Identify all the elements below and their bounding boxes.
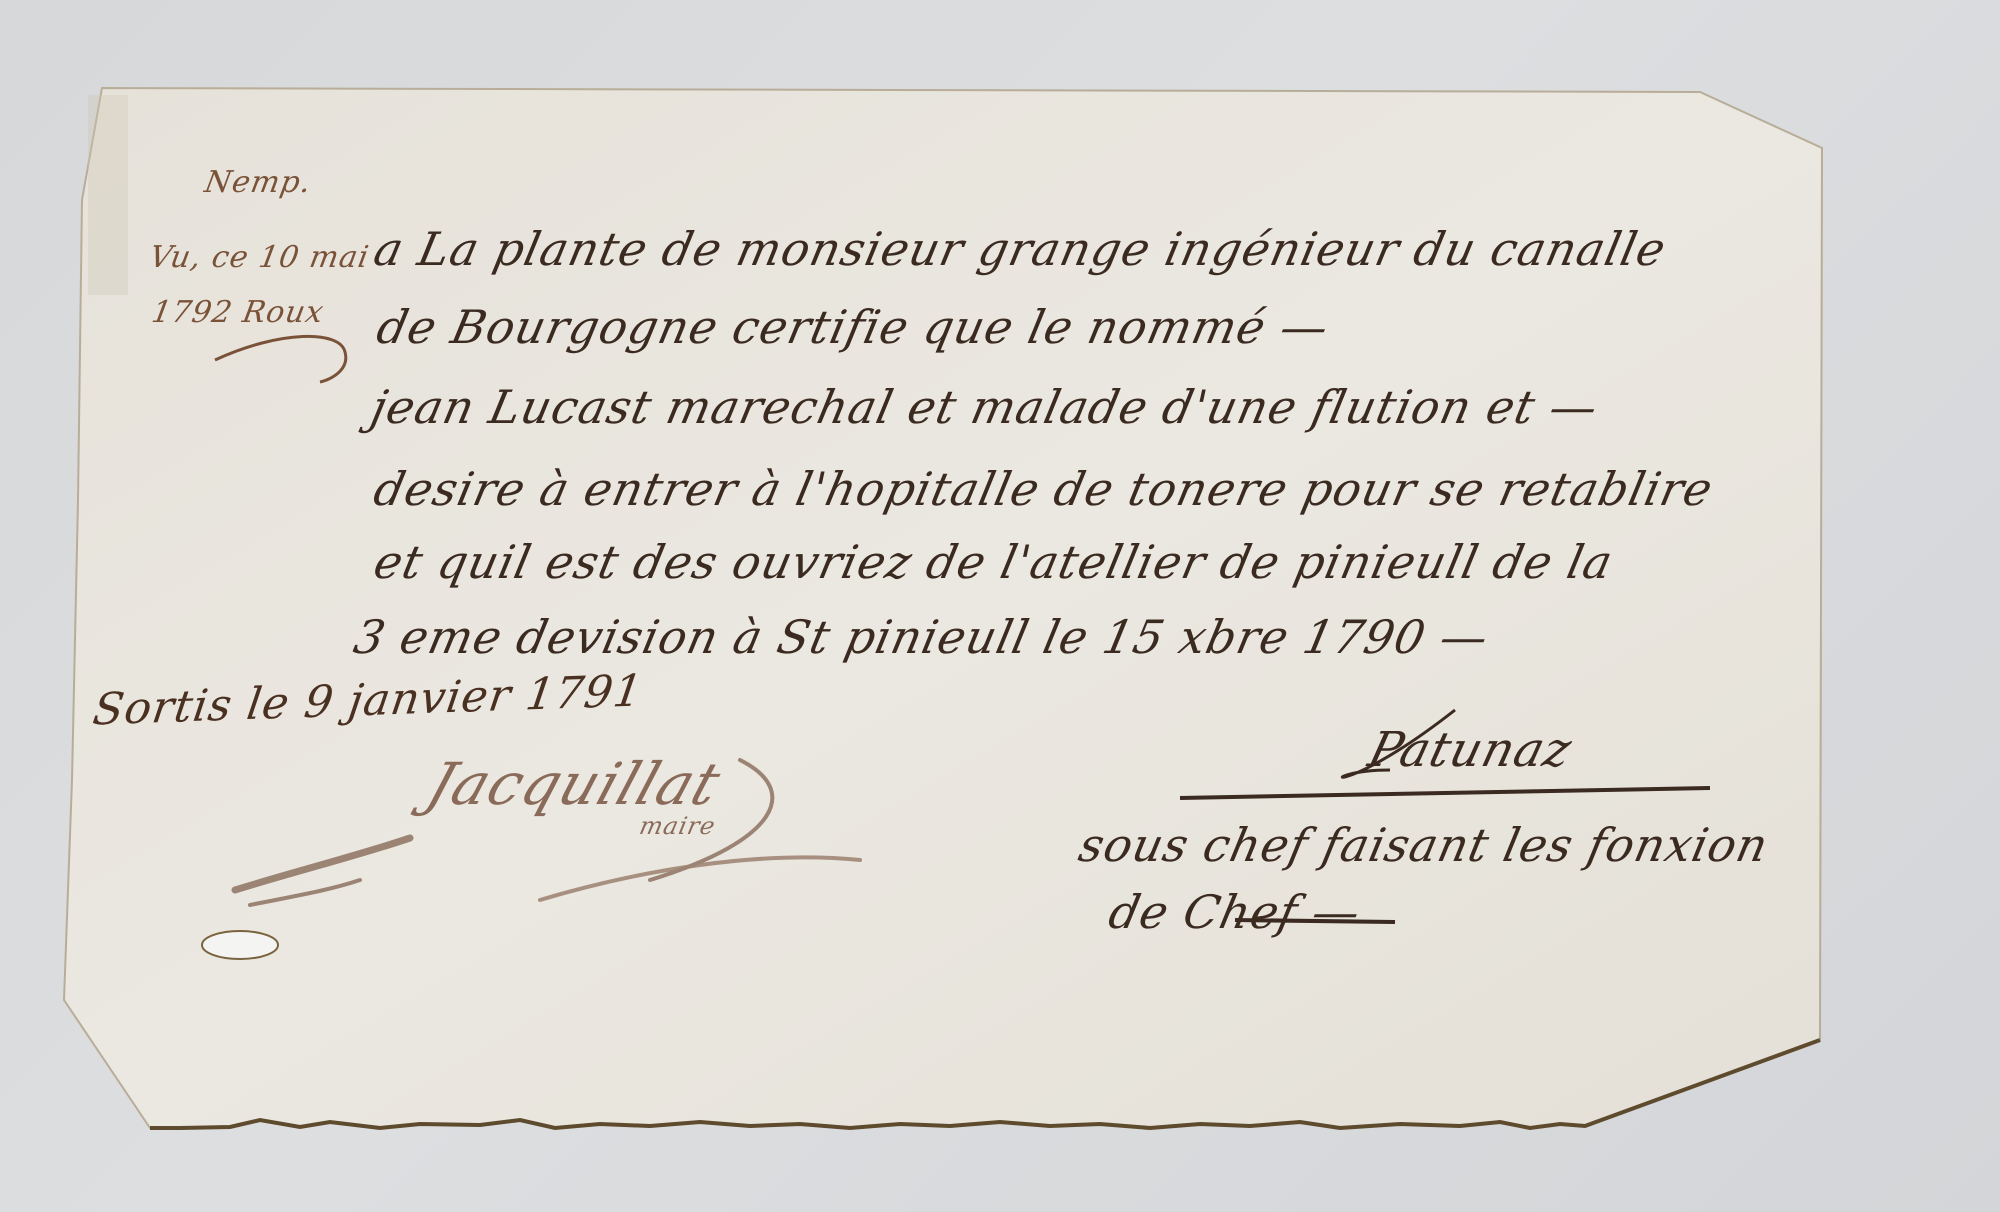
body-line-3: jean Lucast marechal et malade d'une flu… — [366, 380, 1603, 434]
mayor-signature: Jacquillat — [419, 750, 729, 818]
signatory-name: Patunaz — [1363, 722, 1578, 778]
body-line-4: desire à entrer à l'hopitalle de tonere … — [369, 462, 1718, 516]
body-line-1: a La plante de monsieur grange ingénieur… — [369, 222, 1671, 276]
document-sheet: Nemp. Vu, ce 10 mai 1792 Roux a La plant… — [0, 0, 2000, 1212]
signatory-title-line1: sous chef faisant les fonxion — [1074, 818, 1773, 872]
mayor-title: maire — [637, 812, 718, 840]
margin-note-line1: Nemp. — [202, 165, 314, 200]
body-line-2: de Bourgogne certifie que le nommé — — [372, 300, 1334, 354]
margin-note-line3: 1792 Roux — [149, 295, 327, 330]
signatory-title-line2: de Chef — — [1104, 885, 1365, 939]
body-line-5: et quil est des ouvriez de l'atellier de… — [369, 535, 1618, 589]
margin-note-line2: Vu, ce 10 mai — [147, 240, 372, 275]
body-line-6: 3 eme devision à St pinieull le 15 xbre … — [349, 610, 1493, 664]
